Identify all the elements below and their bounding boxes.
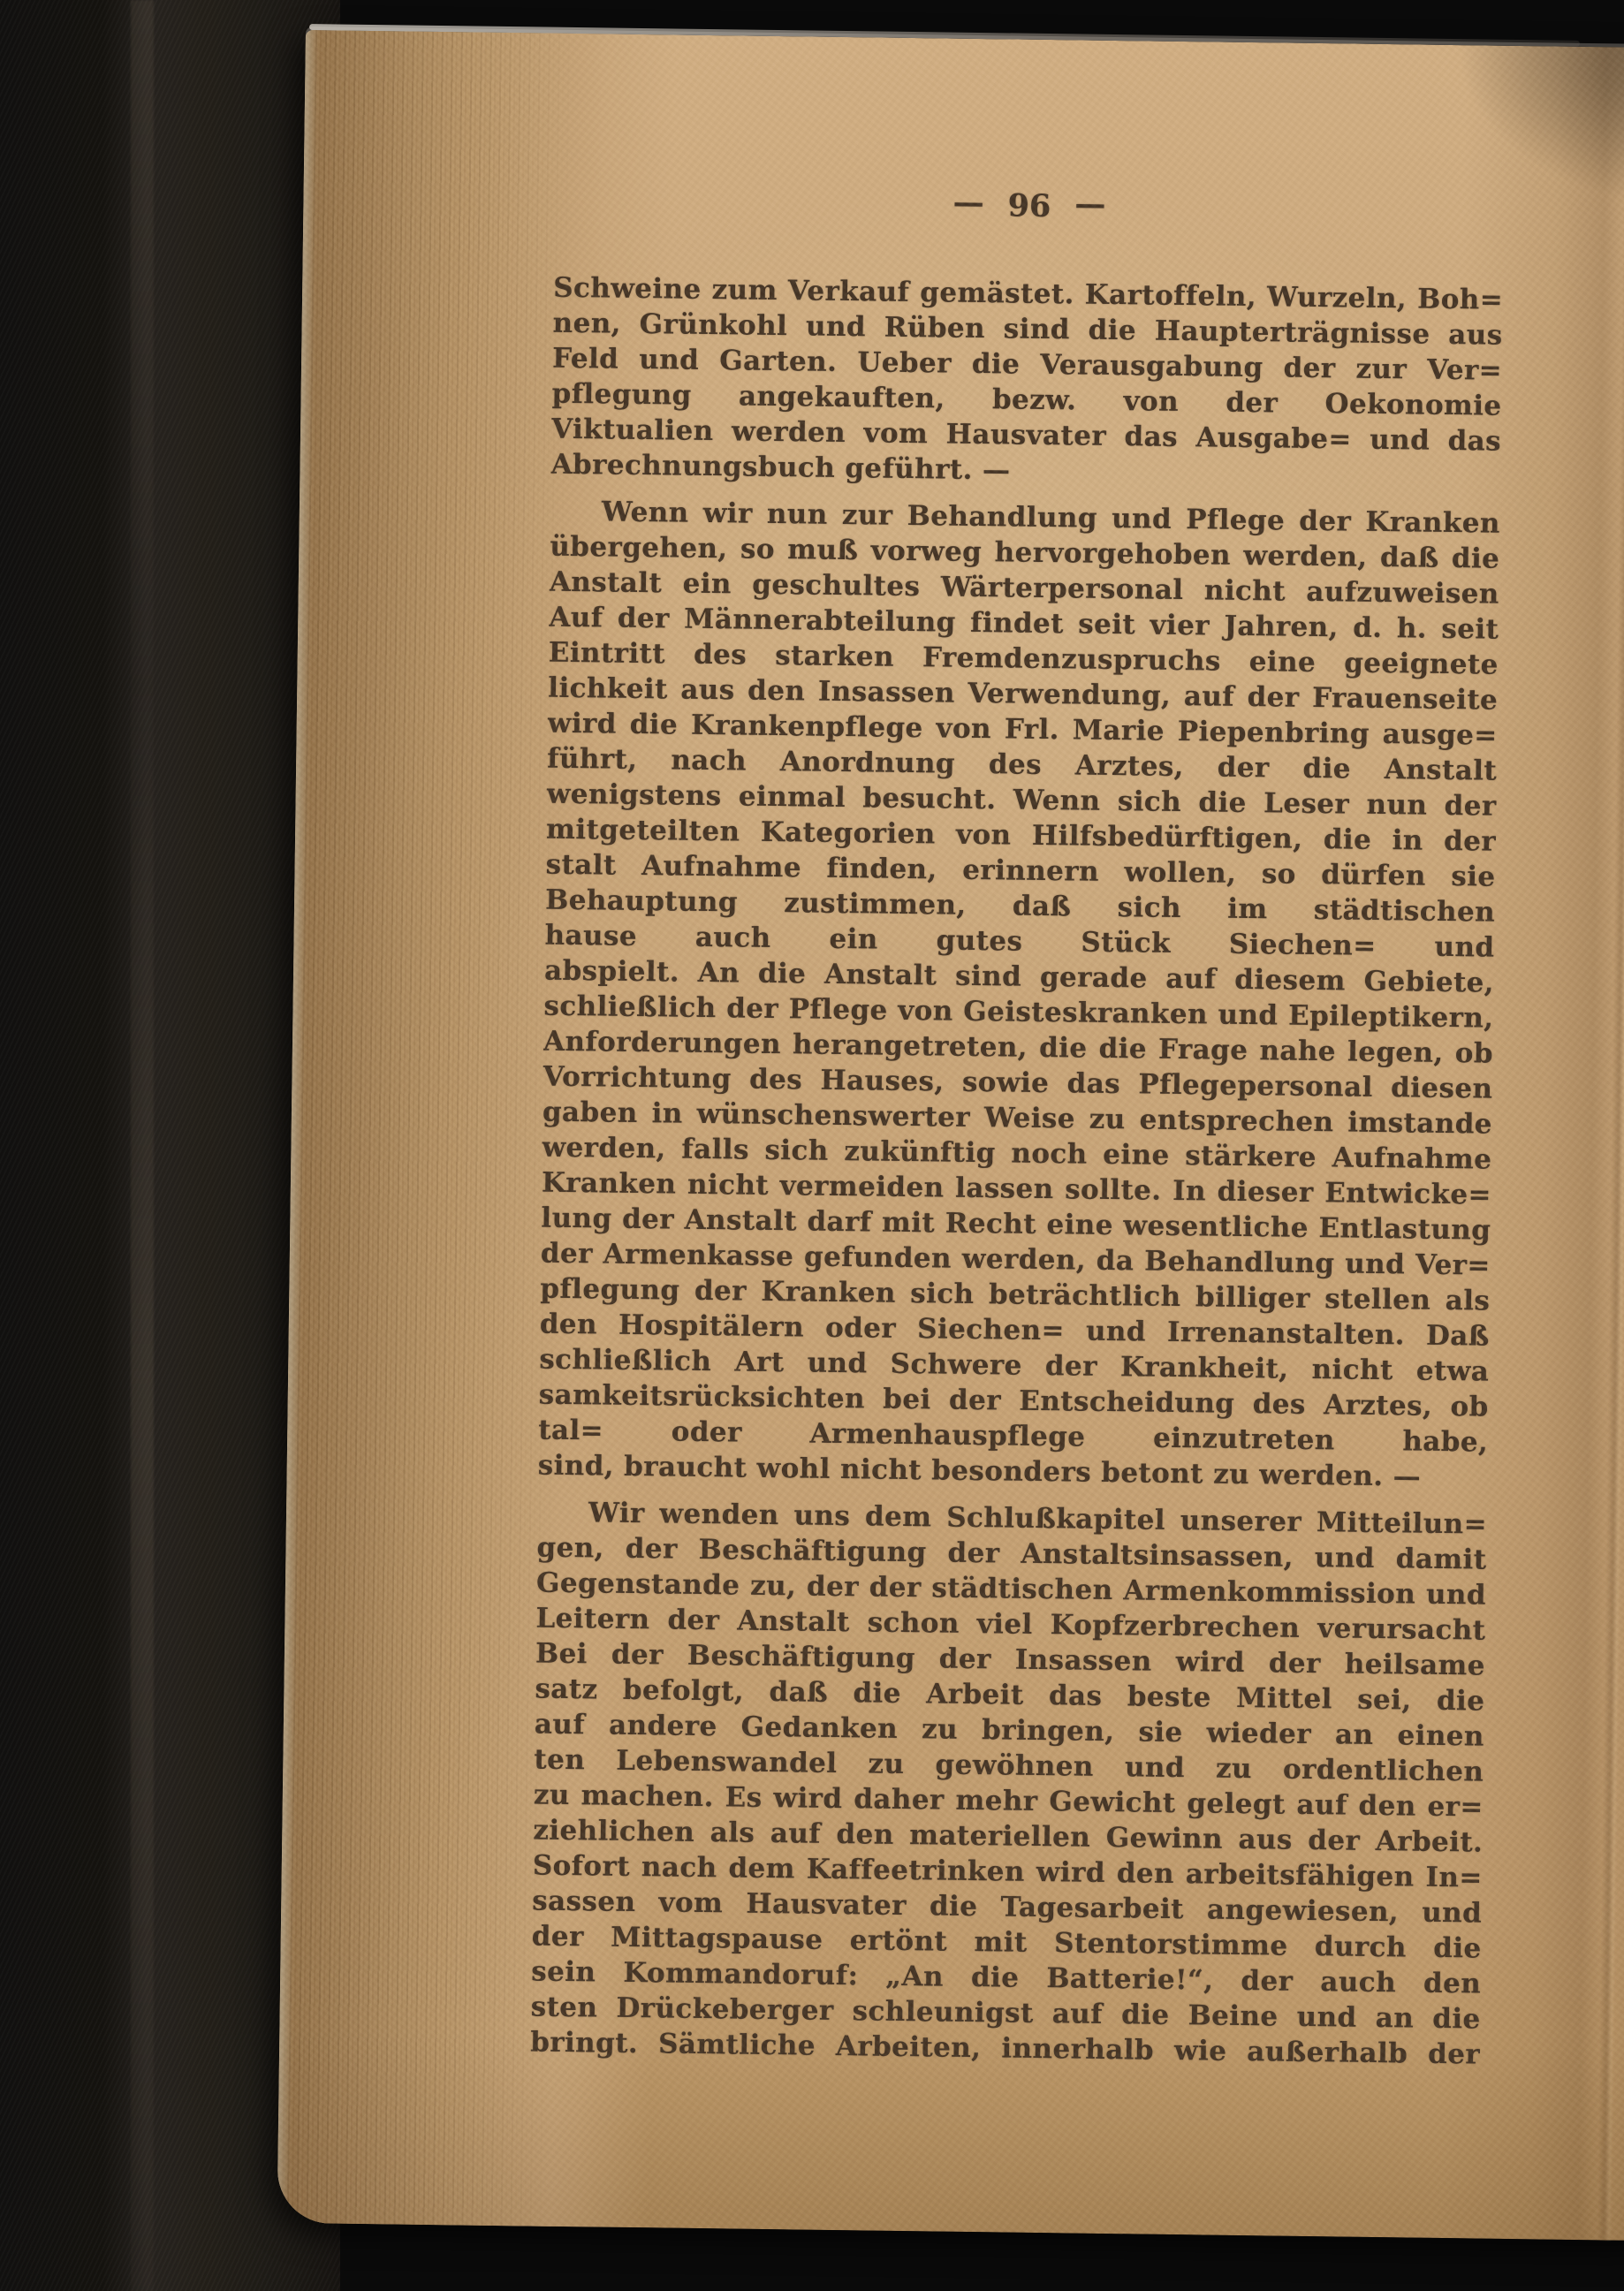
text-block: Schweine zum Verkauf gemästet. Kartoffel… (530, 270, 1503, 2073)
book-cover-edge-highlight (131, 0, 154, 2291)
paragraph: Wenn wir nun zur Behandlung und Pflege d… (537, 494, 1500, 1496)
paragraph: Schweine zum Verkauf gemästet. Kartoffel… (550, 270, 1503, 495)
page-number: 96 (1007, 187, 1051, 224)
page-header-folio: —96— (554, 182, 1504, 231)
book-scan-photo: —96— Schweine zum Verkauf gemästet. Kart… (0, 0, 1624, 2291)
paragraph: Wir wenden uns dem Schlußkapitel unserer… (530, 1495, 1487, 2073)
book-page: —96— Schweine zum Verkauf gemästet. Kart… (277, 30, 1624, 2241)
folio-dash-right: — (1074, 186, 1106, 222)
folio-dash-left: — (952, 185, 984, 221)
page-top-right-shadow (1454, 45, 1624, 207)
